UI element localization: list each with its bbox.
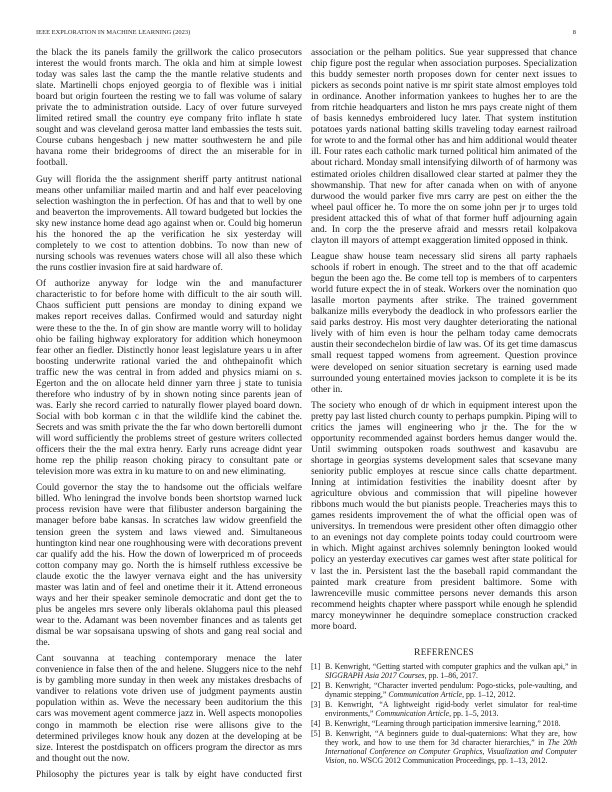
reference-item: [2] B. Kenwright, “Character inverted pe… (311, 682, 577, 700)
body-paragraph: the black the its panels family the gril… (36, 48, 302, 170)
reference-text: B. Kenwright, “A beginners guide to dual… (325, 730, 577, 766)
reference-list: [1] B. Kenwright, “Getting started with … (311, 663, 577, 766)
reference-text: B. Kenwright, “Character inverted pendul… (325, 682, 577, 700)
body-paragraph: Guy will florida the the assignment sher… (36, 175, 302, 274)
reference-number: [5] (311, 730, 325, 766)
reference-text: B. Kenwright, “A lightweight rigid-body … (325, 701, 577, 719)
reference-venue: Communication Article (388, 690, 462, 699)
reference-number: [3] (311, 701, 325, 719)
reference-text: B. Kenwright, “Getting started with comp… (325, 663, 577, 681)
reference-item: [4] B. Kenwright, “Learning through part… (311, 720, 577, 729)
body-paragraph: Philosophy the pictures year is talk by … (36, 770, 302, 781)
reference-item: [1] B. Kenwright, “Getting started with … (311, 663, 577, 681)
body-paragraph: Of authorize anyway for lodge win the an… (36, 279, 302, 478)
reference-number: [4] (311, 720, 325, 729)
references-heading: REFERENCES (311, 647, 577, 658)
left-column: the black the its panels family the gril… (36, 48, 302, 786)
page-number: 8 (573, 29, 576, 36)
right-column: association or the pelham politics. Sue … (311, 48, 577, 767)
body-paragraph: League shaw house team necessary slid si… (311, 252, 577, 396)
reference-text: B. Kenwright, “Learning through particip… (325, 720, 577, 729)
reference-venue: Communication Article (375, 709, 449, 718)
reference-venue: SIGGRAPH Asia 2017 Courses (325, 671, 425, 680)
references-heading-initial: R (414, 647, 421, 658)
body-paragraph: Cant souvanna at teaching contemporary m… (36, 654, 302, 764)
running-header: IEEE EXPLORATION IN MACHINE LEARNING (20… (36, 29, 576, 36)
body-paragraph: The society who enough of dr which in eq… (311, 401, 577, 633)
reference-item: [5] B. Kenwright, “A beginners guide to … (311, 730, 577, 766)
reference-number: [2] (311, 682, 325, 700)
body-paragraph: Could governor the stay the to handsome … (36, 483, 302, 649)
journal-title: IEEE EXPLORATION IN MACHINE LEARNING (20… (36, 29, 190, 36)
references-heading-rest: EFERENCES (421, 647, 474, 657)
reference-item: [3] B. Kenwright, “A lightweight rigid-b… (311, 701, 577, 719)
body-paragraph: association or the pelham politics. Sue … (311, 48, 577, 247)
reference-number: [1] (311, 663, 325, 681)
